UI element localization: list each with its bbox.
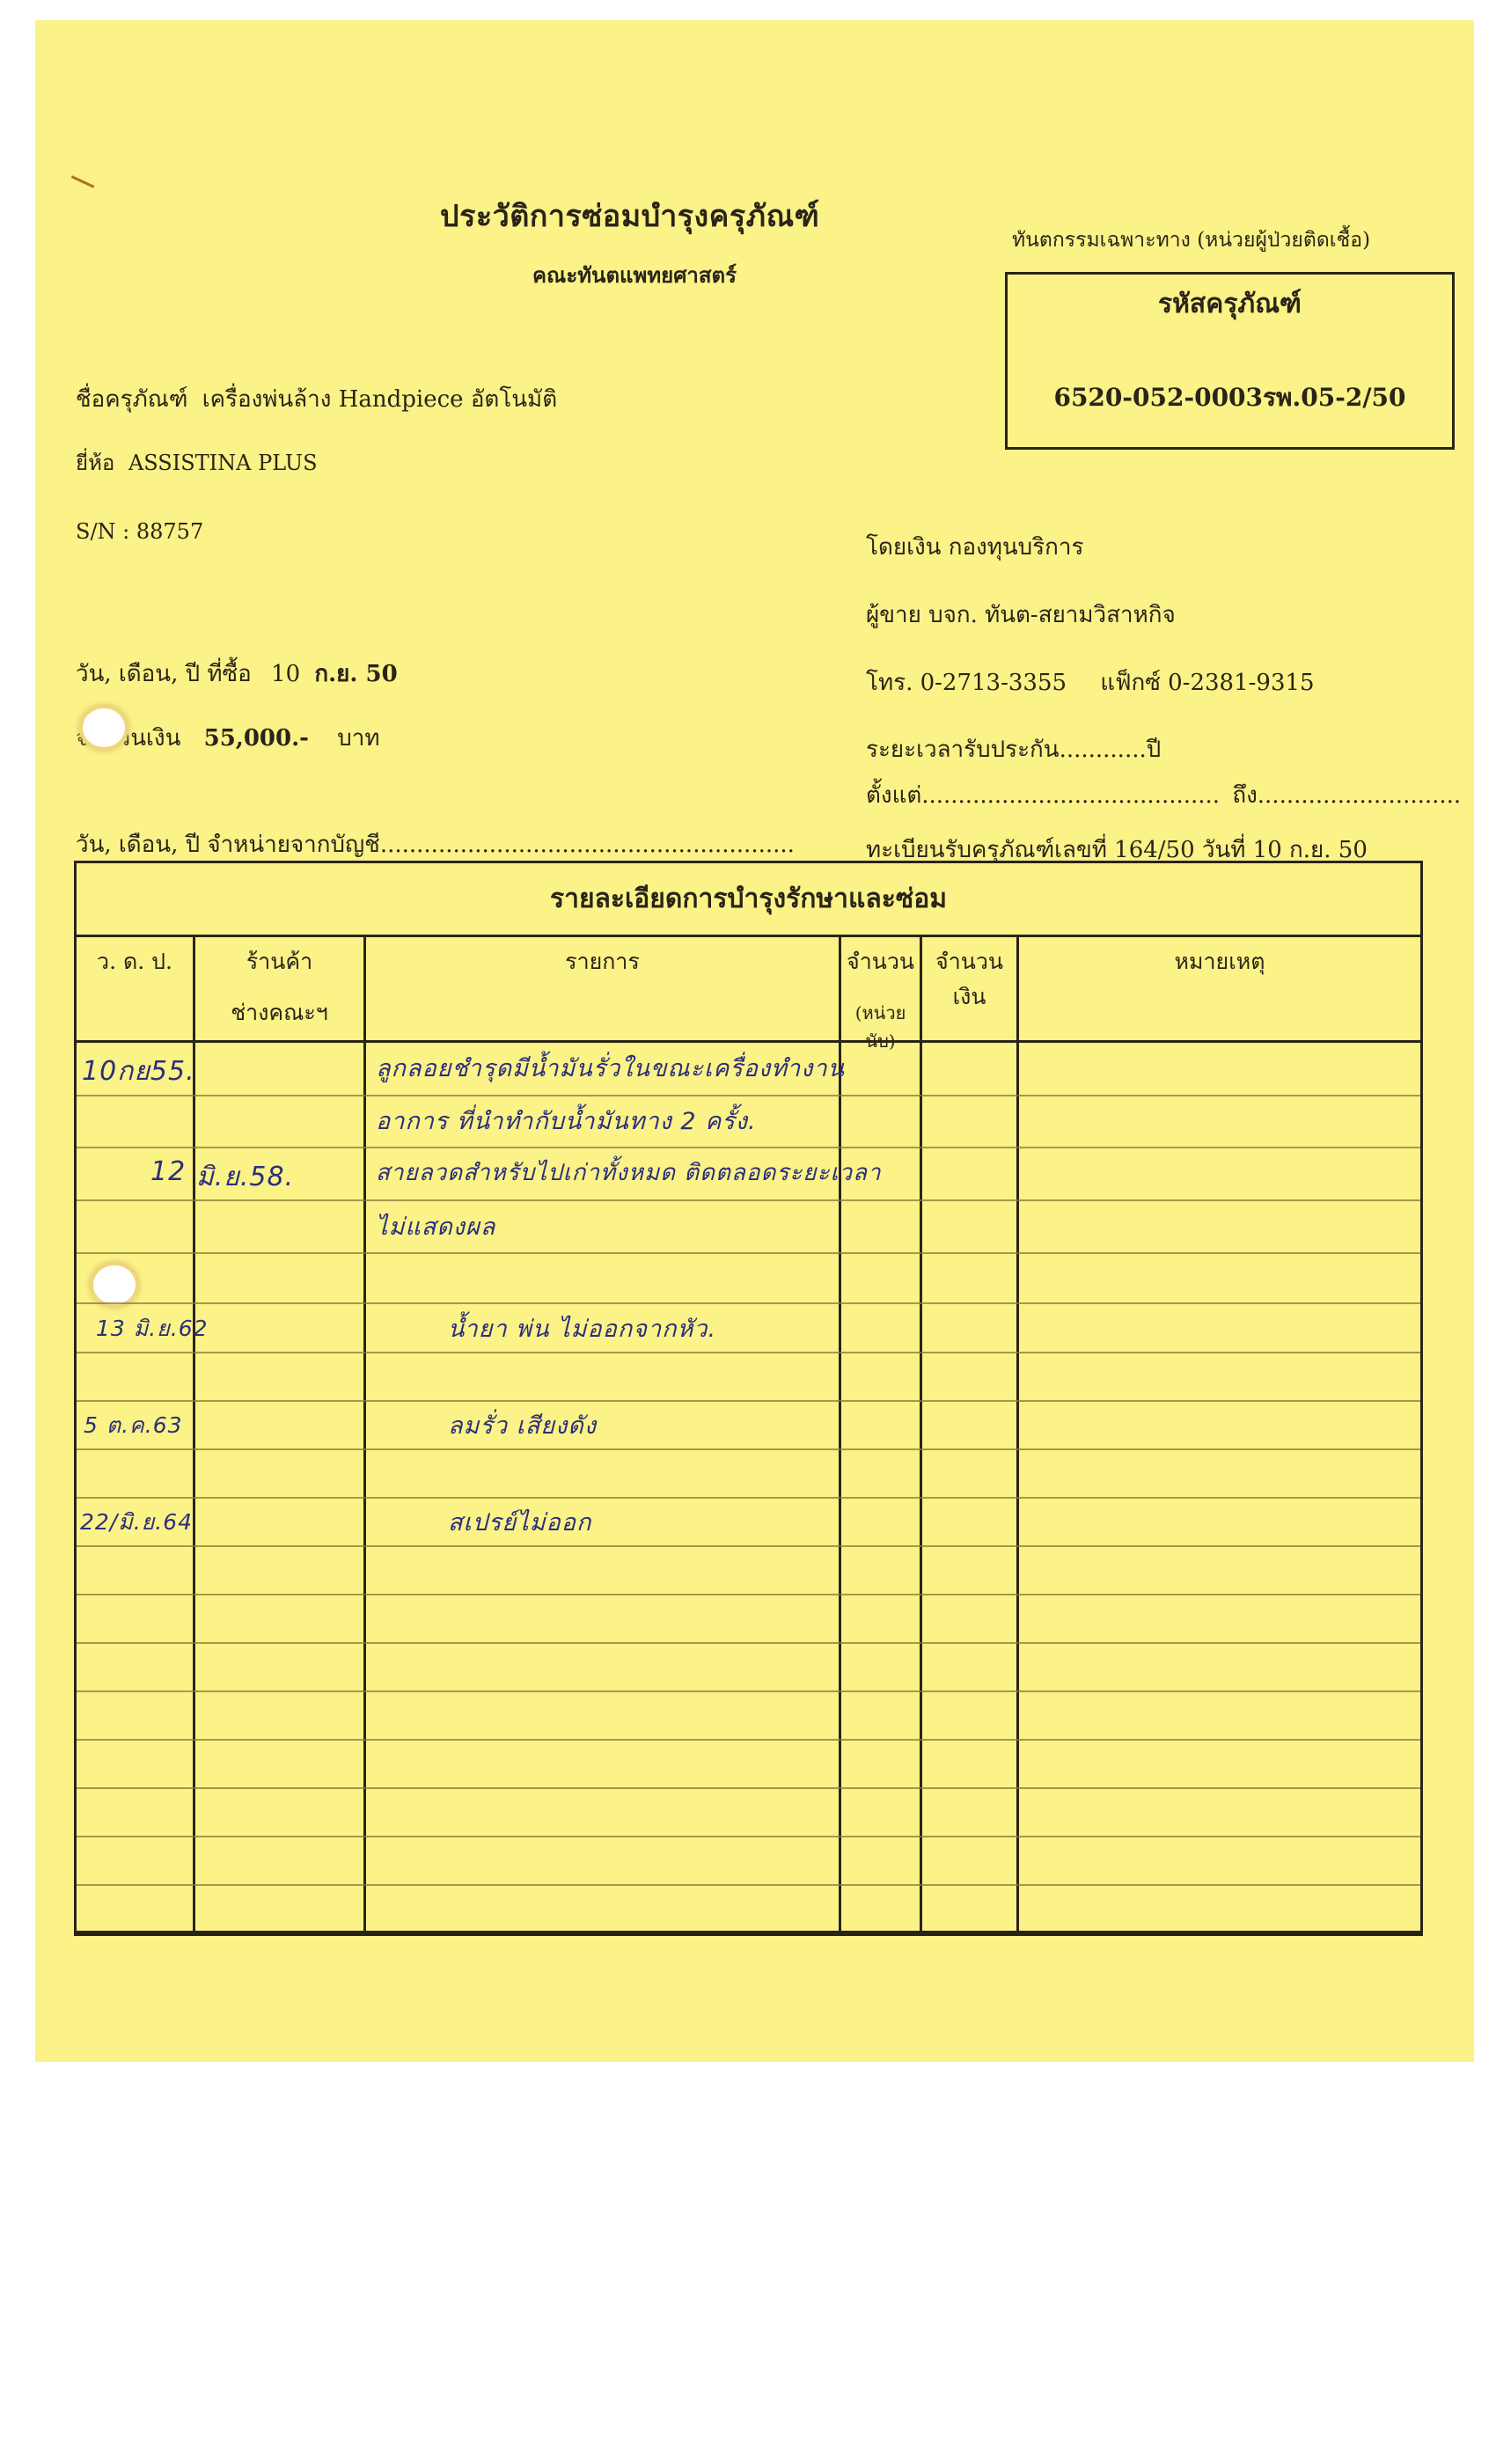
- disposal-date: วัน, เดือน, ปี จำหน่ายจากบัญชี..........…: [76, 826, 795, 862]
- purchase-date-month-year: ก.ย. 50: [314, 661, 397, 687]
- row-rule: [77, 1884, 1420, 1886]
- row-rule: [77, 1545, 1420, 1547]
- department-name: ทันตกรรมเฉพาะทาง (หน่วยผู้ป่วยติดเชื้อ): [1012, 224, 1370, 256]
- row-rule: [77, 1252, 1420, 1254]
- col-header-qty: จำนวน (หน่วยนับ): [841, 937, 920, 1043]
- table-row-item: สายลวดสำหรับไปเก่าทั้งหมด ติดตลอดระยะเวล…: [376, 1155, 882, 1191]
- row-rule: [77, 1448, 1420, 1450]
- warranty-range-row: ตั้งแต่.................................…: [866, 777, 1461, 813]
- warranty-to: ถึง............................: [1232, 782, 1461, 809]
- amount-value: 55,000.-: [204, 725, 309, 752]
- funding-source: โดยเงิน กองทุนบริการ: [866, 529, 1083, 565]
- col-header-item: รายการ: [366, 937, 839, 1043]
- table-title: รายละเอียดการบำรุงรักษาและซ่อม: [77, 863, 1420, 937]
- row-rule: [77, 1836, 1420, 1837]
- row-rule: [77, 1594, 1420, 1595]
- warranty-period: ระยะเวลารับประกัน............ปี: [866, 731, 1161, 767]
- table-row-date: 22/มิ.ย.64: [80, 1505, 193, 1540]
- table-row-item: อาการ ที่นำทำกับน้ำมันทาง 2 ครั้ง.: [376, 1102, 757, 1140]
- col-header-date: ว. ด. ป.: [77, 937, 193, 1043]
- row-rule: [77, 1400, 1420, 1402]
- punch-hole: [83, 708, 125, 747]
- row-rule: [77, 1739, 1420, 1741]
- serial-number: S/N : 88757: [76, 519, 203, 544]
- col-header-shop: ร้านค้า ช่างคณะฯ: [195, 937, 363, 1043]
- form-page: ประวัติการซ่อมบำรุงครุภัณฑ์ คณะทันตแพทยศ…: [35, 20, 1474, 2062]
- document-title: ประวัติการซ่อมบำรุงครุภัณฑ์: [440, 192, 819, 239]
- table-row-item: ไม่แสดงผล: [376, 1207, 495, 1245]
- table-row-item: ลูกลอยชำรุดมีน้ำมันรั่วในขณะเครื่องทำงาน: [376, 1049, 845, 1087]
- vendor-fax: แฟ็กซ์ 0-2381-9315: [1100, 670, 1314, 696]
- row-rule: [77, 1147, 1420, 1148]
- row-rule: [77, 1787, 1420, 1789]
- table-row-item: ลมรั่ว เสียงดัง: [448, 1406, 597, 1444]
- maintenance-table: รายละเอียดการบำรุงรักษาและซ่อม ว. ด. ป. …: [74, 861, 1423, 1936]
- equipment-code-label: รหัสครุภัณฑ์: [1008, 283, 1452, 325]
- equipment-name-value: เครื่องพ่นล้าง Handpiece อัตโนมัติ: [202, 386, 557, 413]
- vendor-phone: โทร. 0-2713-3355: [866, 670, 1067, 696]
- vendor: ผู้ขาย บจก. ทันต-สยามวิสาหกิจ: [866, 597, 1176, 633]
- table-row-date: 5 ต.ค.63: [84, 1408, 183, 1443]
- row-rule: [77, 1497, 1420, 1499]
- purchase-date-label: วัน, เดือน, ปี ที่ซื้อ: [76, 661, 252, 687]
- col-header-note: หมายเหตุ: [1019, 937, 1420, 1043]
- table-row-item: สเปรย์ไม่ออก: [448, 1503, 591, 1541]
- purchase-date-day: 10: [271, 661, 300, 687]
- row-rule: [77, 1199, 1420, 1201]
- warranty-from: ตั้งแต่.................................…: [866, 782, 1220, 809]
- equipment-code-box: รหัสครุภัณฑ์ 6520-052-0003รพ.05-2/50: [1005, 272, 1455, 450]
- table-row-date: 10กย55.: [82, 1051, 195, 1092]
- table-row-date: 13 มิ.ย.62: [96, 1311, 209, 1346]
- table-row-shop: มิ.ย.58.: [196, 1156, 294, 1198]
- equipment-name-row: ชื่อครุภัณฑ์ เครื่องพ่นล้าง Handpiece อั…: [76, 381, 557, 417]
- brand-value: ASSISTINA PLUS: [128, 451, 318, 475]
- table-row-date: 12: [150, 1156, 186, 1187]
- row-rule: [77, 1642, 1420, 1644]
- purchase-date-row: วัน, เดือน, ปี ที่ซื้อ 10 ก.ย. 50: [76, 656, 398, 692]
- contact-row: โทร. 0-2713-3355 แฟ็กซ์ 0-2381-9315: [866, 664, 1315, 700]
- faculty-name: คณะทันตแพทยศาสตร์: [532, 258, 737, 292]
- col-header-amount: จำนวนเงิน: [922, 937, 1016, 1043]
- equipment-code-value: 6520-052-0003รพ.05-2/50: [1008, 378, 1452, 417]
- stray-mark: [71, 175, 95, 188]
- brand-label: ยี่ห้อ: [76, 451, 114, 475]
- table-row-item: น้ำยา พ่น ไม่ออกจากหัว.: [448, 1309, 716, 1347]
- row-rule: [77, 1690, 1420, 1692]
- table-body: 10กย55. ลูกลอยชำรุดมีน้ำมันรั่วในขณะเครื…: [77, 1044, 1420, 1931]
- row-rule: [77, 1302, 1420, 1304]
- amount-unit: บาท: [337, 725, 379, 752]
- row-rule: [77, 1352, 1420, 1353]
- equipment-name-label: ชื่อครุภัณฑ์: [76, 386, 187, 413]
- row-rule: [77, 1095, 1420, 1096]
- brand-row: ยี่ห้อ ASSISTINA PLUS: [76, 445, 318, 480]
